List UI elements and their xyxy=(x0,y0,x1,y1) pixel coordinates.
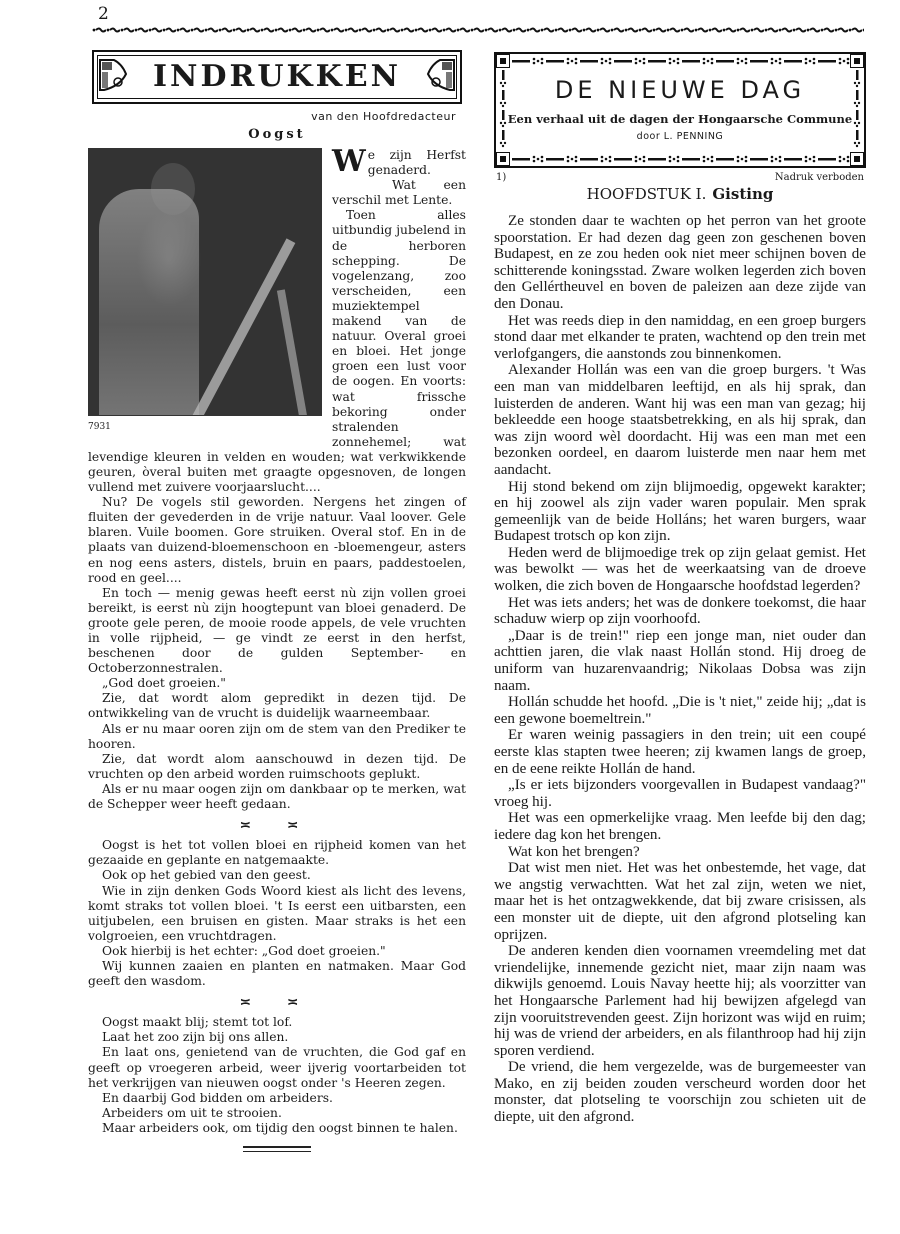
paragraph: „Daar is de trein!" riep een jonge man, … xyxy=(494,628,866,694)
paragraph: En daarbij God bidden om arbeiders. xyxy=(88,1091,466,1106)
paragraph: „Is er iets bijzonders voorgevallen in B… xyxy=(494,777,866,810)
paragraph: Het was reeds diep in den namiddag, en e… xyxy=(494,313,866,363)
chapter-title: Gisting xyxy=(712,185,773,203)
paragraph: Oogst is het tot vollen bloei en rijphei… xyxy=(88,838,466,868)
paragraph: Dat wist men niet. Het was het onbestemd… xyxy=(494,860,866,943)
paragraph: Wij kunnen zaaien en planten en natmaken… xyxy=(88,959,466,989)
corner-square-icon xyxy=(496,152,510,166)
paragraph: Als er nu maar ooren zijn om de stem van… xyxy=(88,722,466,752)
harvest-photo xyxy=(88,148,322,416)
installment-number: 1) xyxy=(496,172,506,183)
paragraph: Arbeiders om uit te strooien. xyxy=(88,1106,466,1121)
serial-subtitle: Een verhaal uit de dagen der Hongaarsche… xyxy=(496,112,864,126)
paragraph: Oogst maakt blij; stemt tot lof. xyxy=(88,1015,466,1030)
serial-meta: 1) Nadruk verboden xyxy=(494,172,866,183)
photo-figure: 7931 xyxy=(88,148,324,435)
byline: van den Hoofdredacteur xyxy=(88,110,456,123)
paragraph: Er waren weinig passagiers in den trein;… xyxy=(494,727,866,777)
article-title: Oogst xyxy=(88,127,466,142)
right-column-serial: DE NIEUWE DAG Een verhaal uit de dagen d… xyxy=(494,50,866,1126)
paragraph: Het was iets anders; het was de donkere … xyxy=(494,595,866,628)
paragraph: Hollán schudde het hoofd. „Die is 't nie… xyxy=(494,694,866,727)
copyright-notice: Nadruk verboden xyxy=(775,172,864,183)
serial-body: Ze stonden daar te wachten op het perron… xyxy=(494,213,866,1126)
paragraph: Wat kon het brengen? xyxy=(494,844,866,861)
paragraph: Hij stond bekend om zijn blijmoedig, opg… xyxy=(494,479,866,545)
wavy-rule-divider xyxy=(92,26,864,34)
page-number: 2 xyxy=(98,4,109,24)
paragraph: Het was een opmerkelijke vraag. Men leef… xyxy=(494,810,866,843)
paragraph: Heden werd de blijmoedige trek op zijn g… xyxy=(494,545,866,595)
drop-cap: W xyxy=(332,149,366,175)
left-column-indrukken: INDRUKKEN van den Hoofdredacteur Oogst 7… xyxy=(88,50,466,1152)
section-divider-ornament-icon: ≍ ≍ xyxy=(88,995,466,1010)
paragraph: De anderen kenden dien voornamen vreemde… xyxy=(494,943,866,1059)
corner-square-icon xyxy=(496,54,510,68)
corner-square-icon xyxy=(850,54,864,68)
serial-title-frame: DE NIEUWE DAG Een verhaal uit de dagen d… xyxy=(494,52,866,168)
paragraph: Als er nu maar oogen zijn om dankbaar op… xyxy=(88,782,466,812)
serial-author: door L. PENNING xyxy=(496,131,864,142)
paragraph: Ook hierbij is het echter: „God doet gro… xyxy=(88,944,466,959)
chain-border-ornament xyxy=(512,155,852,163)
serial-title: DE NIEUWE DAG xyxy=(496,76,864,104)
chapter-label: HOOFDSTUK I. xyxy=(587,185,707,203)
paragraph: Alexander Hollán was een van die groep b… xyxy=(494,362,866,478)
paragraph: Nu? De vogels stil geworden. Nergens het… xyxy=(88,495,466,586)
paragraph: Zie, dat wordt alom aanschouwd in dezen … xyxy=(88,752,466,782)
indrukken-banner: INDRUKKEN xyxy=(92,50,462,104)
end-rule xyxy=(243,1146,311,1152)
paragraph: Wie in zijn denken Gods Woord kiest als … xyxy=(88,884,466,944)
paragraph: „God doet groeien." xyxy=(88,676,466,691)
corner-square-icon xyxy=(850,152,864,166)
chapter-heading: HOOFDSTUK I.Gisting xyxy=(494,185,866,203)
section-divider-ornament-icon: ≍ ≍ xyxy=(88,818,466,833)
paragraph: Zie, dat wordt alom gepredikt in dezen t… xyxy=(88,691,466,721)
paragraph: Ook op het gebied van den geest. xyxy=(88,868,466,883)
article-body: 7931 We zijn Herfst genaderd. Wat een ve… xyxy=(88,148,466,1152)
paragraph: Maar arbeiders ook, om tijdig den oogst … xyxy=(88,1121,466,1136)
paragraph: En laat ons, genietend van de vruchten, … xyxy=(88,1045,466,1090)
photo-caption: 7931 xyxy=(88,420,324,435)
paragraph: Laat het zoo zijn bij ons allen. xyxy=(88,1030,466,1045)
section-title: INDRUKKEN xyxy=(94,59,460,94)
paragraph: Ze stonden daar te wachten op het perron… xyxy=(494,213,866,313)
paragraph: En toch — menig gewas heeft eerst nù zij… xyxy=(88,586,466,677)
chain-border-ornament xyxy=(512,57,852,65)
paragraph: De vriend, die hem vergezelde, was de bu… xyxy=(494,1059,866,1125)
